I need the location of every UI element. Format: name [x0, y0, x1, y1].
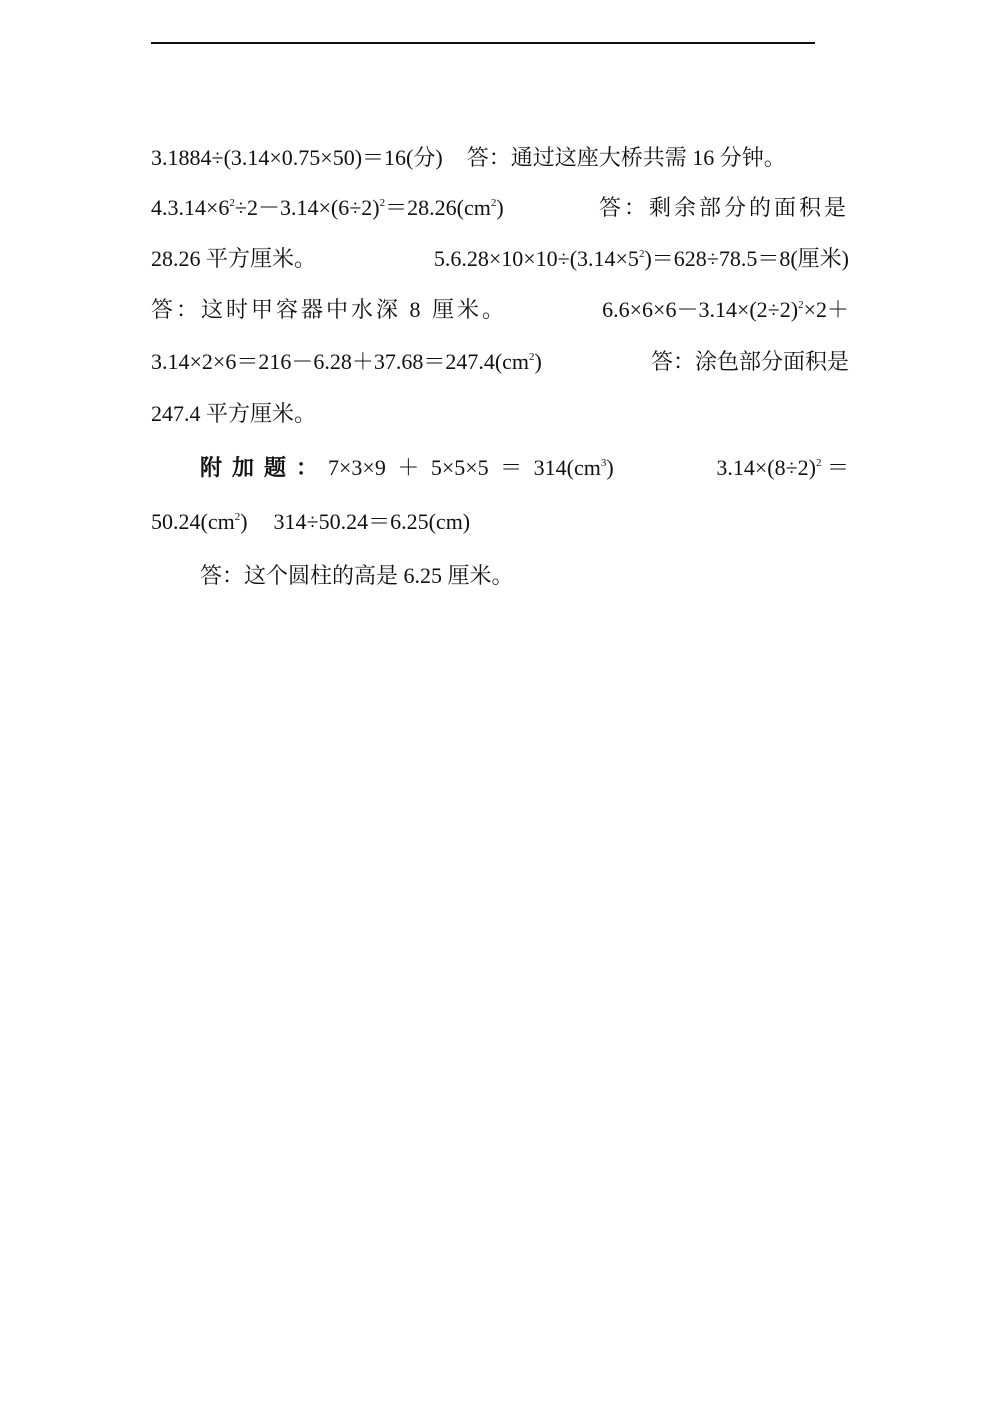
answer-text-4-cont: 28.26 平方厘米。 — [151, 234, 316, 284]
equation-6: 6.6×6×6－3.14×(2÷2)2×2＋ — [602, 285, 849, 335]
answer-line-6: 3.14×2×6＝216－6.28＋37.68＝247.4(cm2) 答：涂色部… — [151, 337, 849, 387]
bonus-answer-line: 答：这个圆柱的高是 6.25 厘米。 — [200, 551, 514, 601]
answer-line-4-cont: 28.26 平方厘米。 5.6.28×10×10÷(3.14×52)＝628÷7… — [151, 234, 849, 284]
answer-text-4: 答：剩余部分的面积是 — [599, 183, 849, 233]
answer-text-5: 答：这时甲容器中水深 8 厘米。 — [151, 285, 507, 335]
answer-line-5: 答：这时甲容器中水深 8 厘米。 6.6×6×6－3.14×(2÷2)2×2＋ — [151, 285, 849, 335]
bonus-equation-1: 附加题：7×3×9 ＋ 5×5×5 ＝ 314(cm3) — [200, 443, 614, 493]
bonus-equation-3: 314÷50.24＝6.25(cm) — [274, 509, 471, 534]
answer-text-6: 答：涂色部分面积是 — [651, 337, 849, 387]
bonus-equation-2-result: 50.24(cm2) — [151, 509, 248, 534]
answer-line-6-cont: 247.4 平方厘米。 — [151, 389, 316, 439]
equation-4: 4.3.14×62÷2－3.14×(6÷2)2＝28.26(cm2) — [151, 183, 504, 233]
bonus-line-1: 附加题：7×3×9 ＋ 5×5×5 ＝ 314(cm3) 3.14×(8÷2)2… — [200, 443, 849, 493]
answer-line-4: 4.3.14×62÷2－3.14×(6÷2)2＝28.26(cm2) 答：剩余部… — [151, 183, 849, 233]
header-rule — [151, 42, 815, 44]
bonus-line-2: 50.24(cm2)314÷50.24＝6.25(cm) — [151, 497, 470, 547]
answer-text-3: 答：通过这座大桥共需 16 分钟。 — [467, 145, 786, 170]
equation-5: 5.6.28×10×10÷(3.14×52)＝628÷78.5＝8(厘米) — [434, 234, 849, 284]
bonus-answer-text: 答：这个圆柱的高是 6.25 厘米。 — [200, 563, 514, 588]
answer-line-3: 3.1884÷(3.14×0.75×50)＝16(分)答：通过这座大桥共需 16… — [151, 133, 786, 183]
equation-6-cont: 3.14×2×6＝216－6.28＋37.68＝247.4(cm2) — [151, 337, 542, 387]
answer-text-6-cont: 247.4 平方厘米。 — [151, 401, 316, 426]
bonus-equation-2: 3.14×(8÷2)2 ＝ — [716, 443, 849, 493]
bonus-label: 附加题： — [200, 455, 328, 480]
equation-3: 3.1884÷(3.14×0.75×50)＝16(分) — [151, 145, 443, 170]
